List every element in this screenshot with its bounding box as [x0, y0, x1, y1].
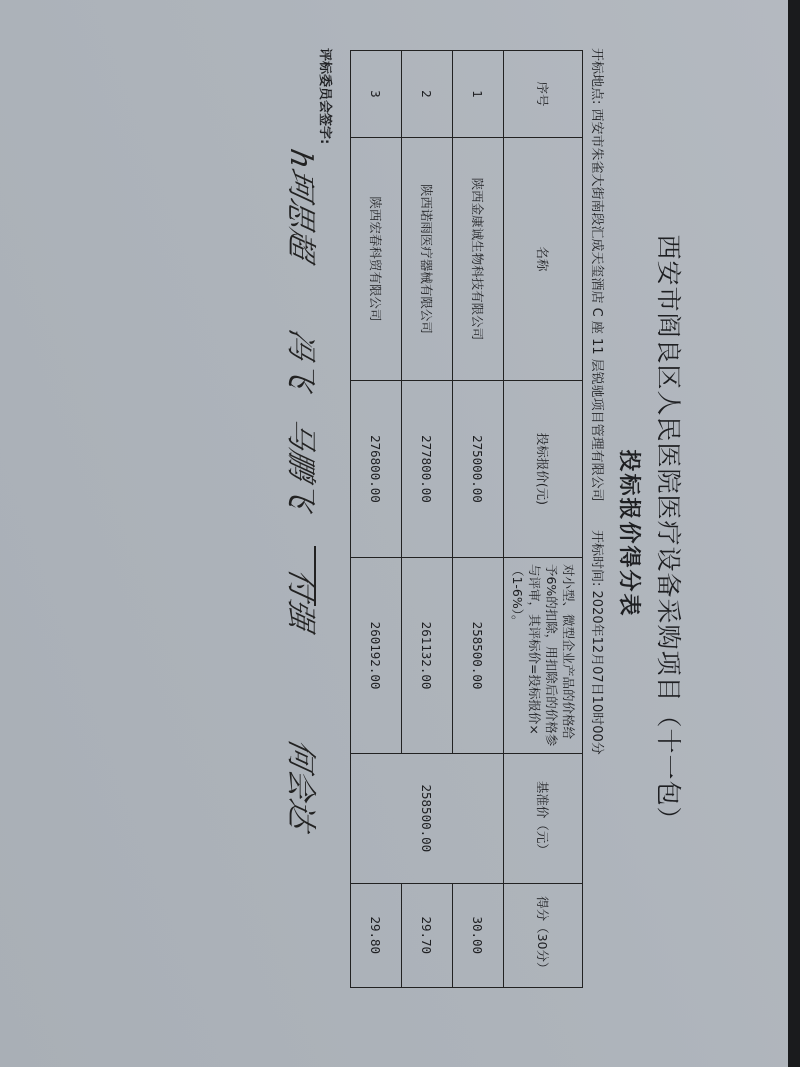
location-value: 西安市朱雀大街南段汇成天玺酒店 C 座 11 层锐驰项目管理有限公司 — [589, 109, 604, 502]
row-evaluated-price: 261132.00 — [402, 557, 453, 753]
header-score: 得分（30分） — [504, 883, 583, 987]
committee-signature-label: 评标委员会签字: — [317, 48, 336, 144]
row-bid-price: 277800.00 — [402, 380, 453, 557]
row-no: 3 — [351, 51, 402, 138]
photo-background-edge — [788, 0, 800, 1067]
document-subtitle: 投标报价得分表 — [615, 0, 646, 1067]
time-label: 开标时间: — [589, 530, 604, 586]
handwritten-signature: h珂思超 — [282, 145, 326, 264]
location-label: 开标地点: — [589, 48, 604, 104]
table-header-row: 序号 名称 投标报价(元) 对小型、微型企业产品的价格给予6%的扣除，用扣除后的… — [504, 51, 583, 988]
row-company-name: 陕西宏春科贸有限公司 — [351, 137, 402, 380]
document-page: 西安市阎良区人民医院医疗设备采购项目（十一包） 投标报价得分表 开标地点: 西安… — [0, 0, 788, 1067]
handwritten-signature: 马鹏飞 — [282, 415, 326, 514]
header-no: 序号 — [504, 51, 583, 138]
header-bid-price: 投标报价(元) — [504, 380, 583, 557]
handwritten-signature: 何会达 — [282, 735, 326, 834]
row-company-name: 陕西金康诚生物科技有限公司 — [453, 137, 504, 380]
row-score: 29.70 — [402, 883, 453, 987]
row-evaluated-price: 260192.00 — [351, 557, 402, 753]
bid-score-table: 序号 名称 投标报价(元) 对小型、微型企业产品的价格给予6%的扣除，用扣除后的… — [350, 50, 583, 988]
time-value: 2020年12月07日10时00分 — [589, 591, 604, 755]
row-evaluated-price: 258500.00 — [453, 557, 504, 753]
base-price-cell: 258500.00 — [351, 754, 504, 883]
handwritten-signature: 冯飞 — [282, 325, 326, 394]
header-base-price: 基准价（元） — [504, 754, 583, 883]
row-bid-price: 276800.00 — [351, 380, 402, 557]
table-row: 1 陕西金康诚生物科技有限公司 275000.00 258500.00 2585… — [453, 51, 504, 988]
handwritten-signature: 付强 — [282, 565, 326, 634]
row-bid-price: 275000.00 — [453, 380, 504, 557]
row-score: 30.00 — [453, 883, 504, 987]
bid-opening-info: 开标地点: 西安市朱雀大街南段汇成天玺酒店 C 座 11 层锐驰项目管理有限公司… — [589, 48, 608, 755]
row-no: 1 — [453, 51, 504, 138]
header-name: 名称 — [504, 137, 583, 380]
row-no: 2 — [402, 51, 453, 138]
row-company-name: 陕西诺雨医疗器械有限公司 — [402, 137, 453, 380]
header-evaluated-price: 对小型、微型企业产品的价格给予6%的扣除，用扣除后的价格参与评审，其评标价=投标… — [504, 557, 583, 753]
row-score: 29.80 — [351, 883, 402, 987]
document-title: 西安市阎良区人民医院医疗设备采购项目（十一包） — [652, 0, 688, 1067]
